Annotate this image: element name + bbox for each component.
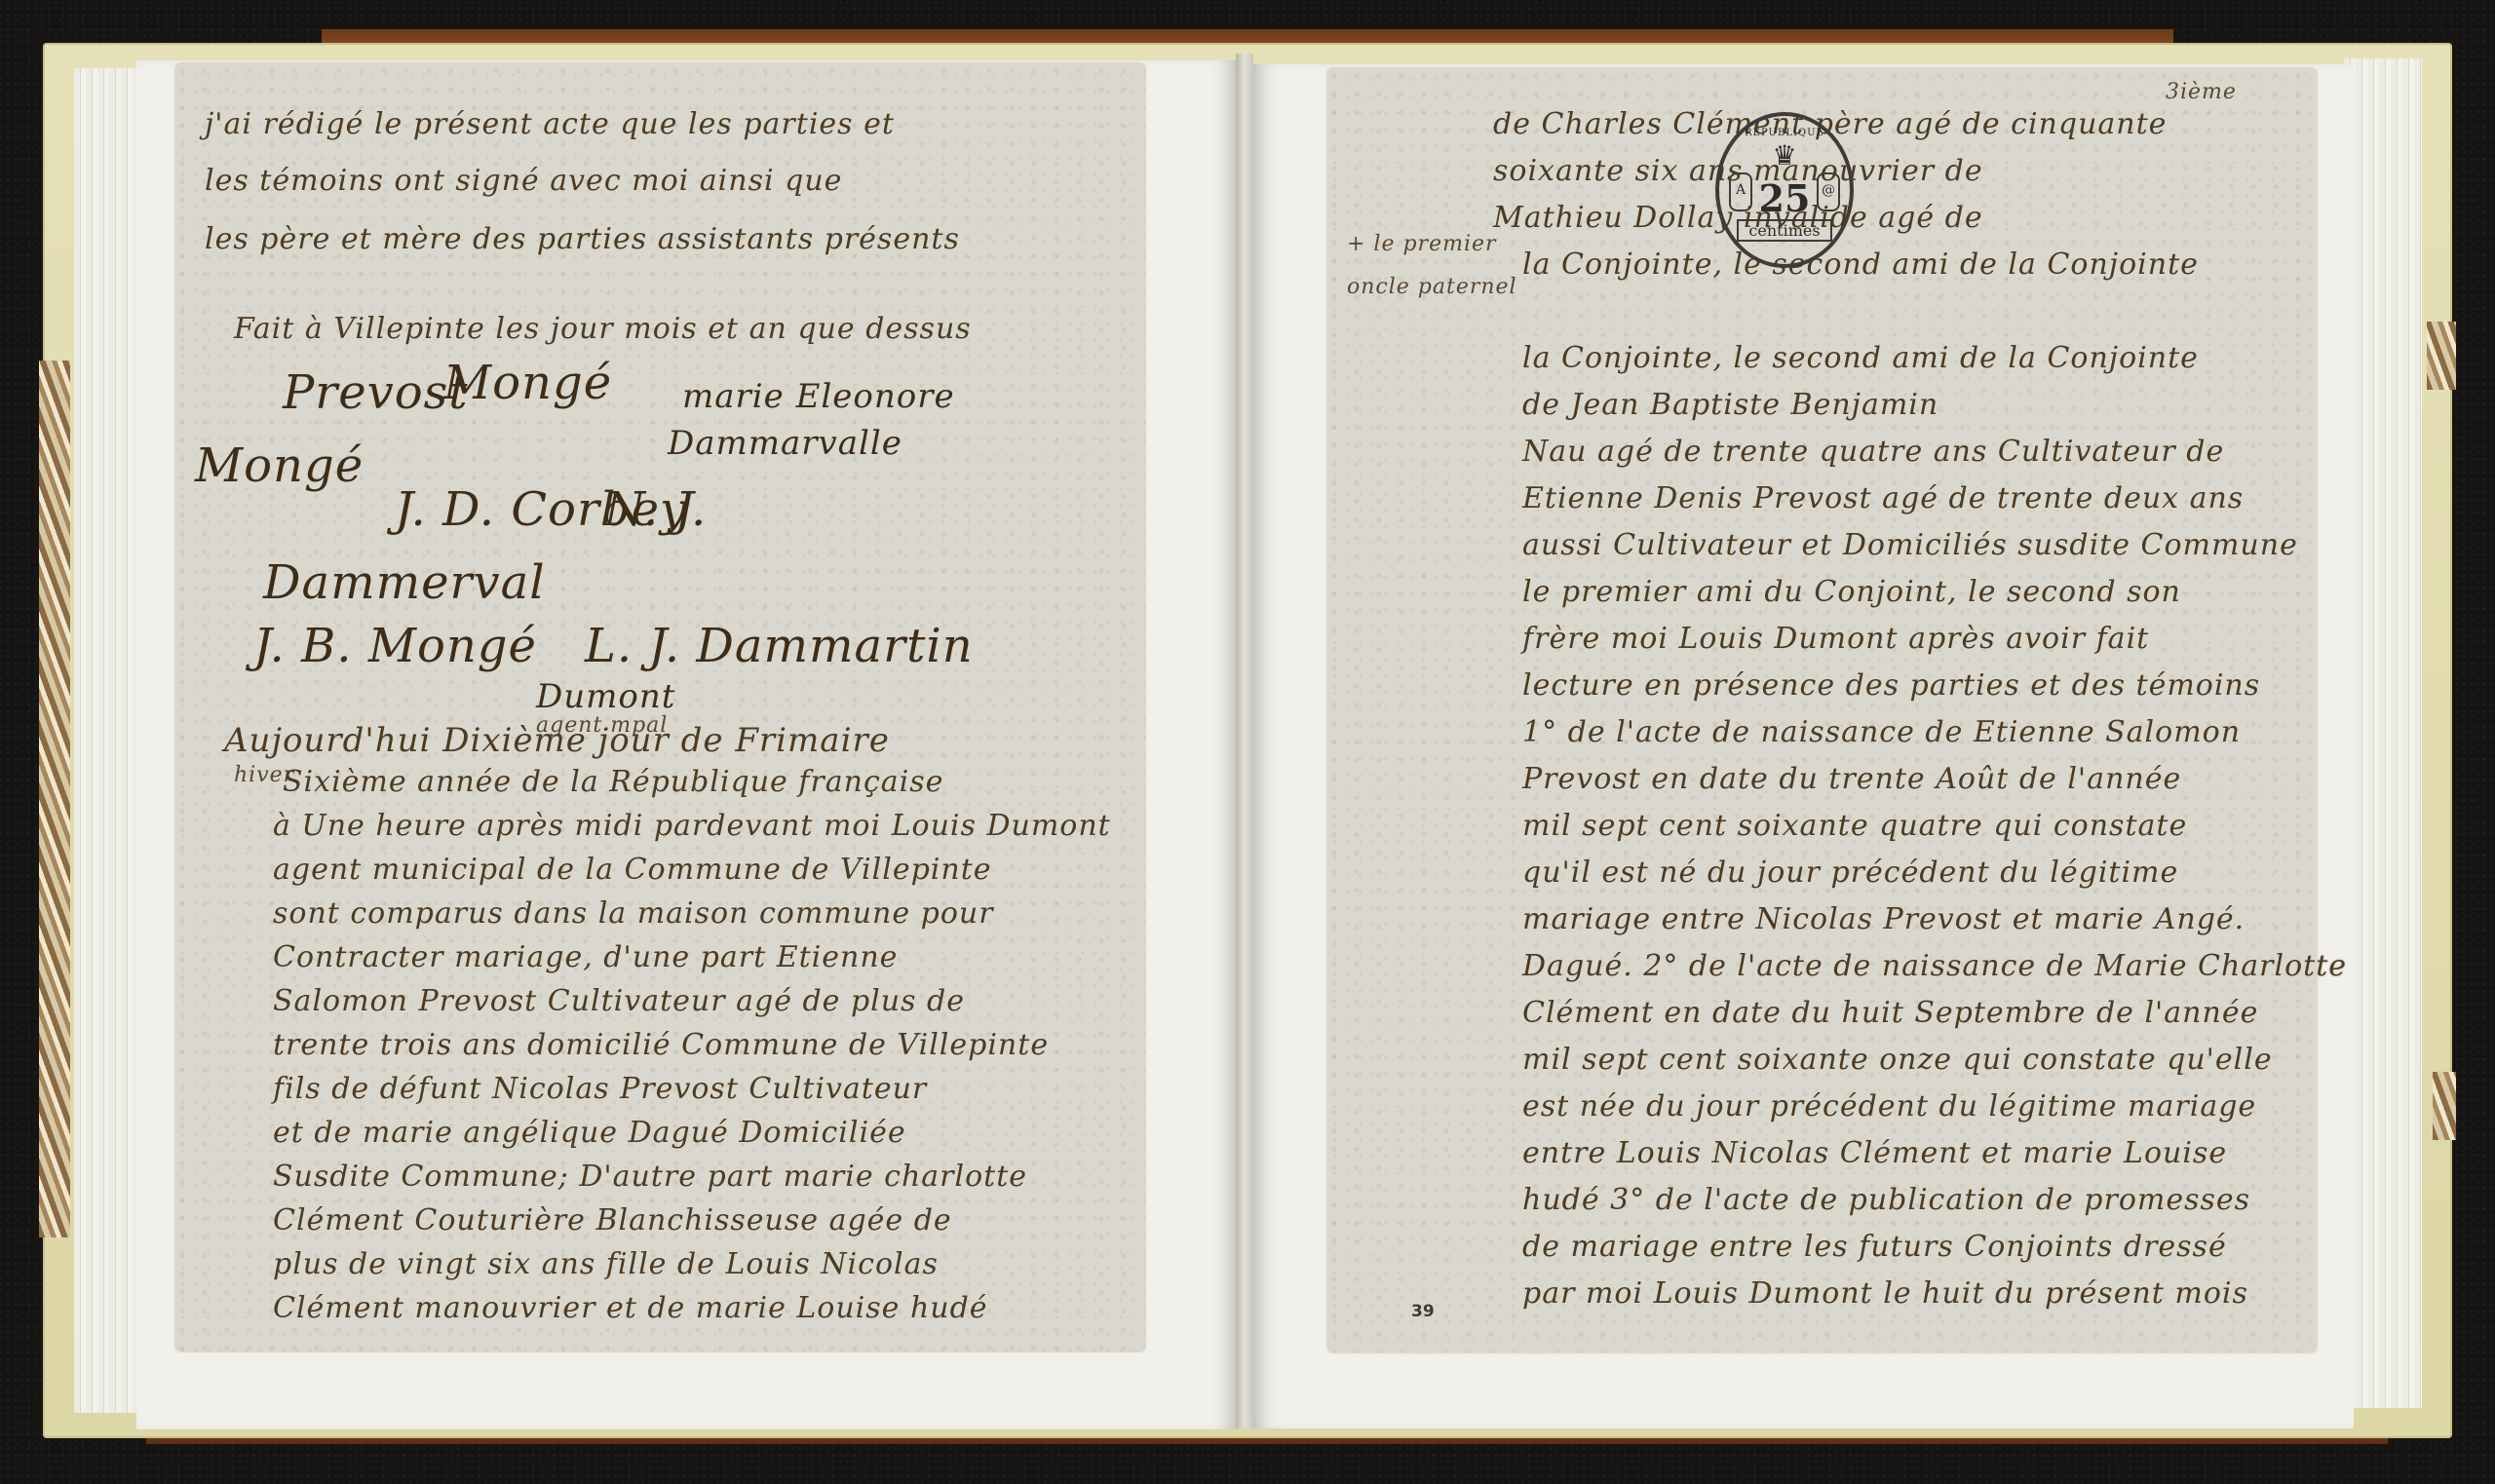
signature: marie Eleonore [682,377,955,416]
text-line: Etienne Denis Prevost agé de trente deux… [1522,481,2244,515]
margin-note: oncle paternel [1347,275,1517,299]
text-line: Contracter mariage, d'une part Etienne [273,940,898,974]
signature: Dumont [536,677,675,716]
text-line: hudé 3° de l'acte de publication de prom… [1522,1183,2250,1217]
text-line: de Jean Baptiste Benjamin [1522,388,1938,422]
signature: Mongé [195,438,364,493]
signature: Dammarvalle [668,424,902,463]
text-line: Clément Couturière Blanchisseuse agée de [273,1203,952,1237]
annotation: 3ième [2166,80,2237,104]
text-line: frère moi Louis Dumont après avoir fait [1522,622,2149,656]
signature: Dammerval [263,555,546,610]
text-line: Prevost en date du trente Août de l'anné… [1522,762,2181,796]
text-line: les père et mère des parties assistants … [205,222,960,256]
signature: N. J. [604,482,707,537]
text-line: les témoins ont signé avec moi ainsi que [205,164,842,198]
text-line: trente trois ans domicilié Commune de Vi… [273,1028,1049,1062]
text-line: Dagué. 2° de l'acte de naissance de Mari… [1522,949,2347,983]
manuscript-left: j'ai rédigé le présent acte que les part… [175,63,1145,1351]
page-stack-left [74,68,142,1413]
tax-stamp: REPUBLIQUE ♛ A @ 25 centimes [1715,112,1854,268]
text-line: j'ai rédigé le présent acte que les part… [205,107,895,141]
text-line: et de marie angélique Dagué Domiciliée [273,1116,906,1150]
stamp-banner: REPUBLIQUE [1719,128,1850,138]
signature: L. J. Dammartin [585,619,974,673]
text-line: aussi Cultivateur et Domiciliés susdite … [1522,528,2298,562]
signature: Prevost [283,365,469,420]
text-line: Nau agé de trente quatre ans Cultivateur… [1522,435,2224,469]
page-number: 39 [1411,1302,1435,1321]
text-line: qu'il est né du jour précédent du légiti… [1522,856,2178,890]
text-line: entre Louis Nicolas Clément et marie Lou… [1522,1136,2227,1170]
text-line: Clément manouvrier et de marie Louise hu… [273,1291,988,1325]
text-line: 1° de l'acte de naissance de Etienne Sal… [1522,715,2241,749]
text-line: agent municipal de la Commune de Villepi… [273,853,992,887]
text-line: Susdite Commune; D'autre part marie char… [273,1160,1027,1194]
marbled-endpaper-left [39,361,70,1237]
page-stack-right [2344,58,2422,1408]
margin-note: + le premier [1347,232,1497,256]
book-gutter [1236,54,1253,1427]
text-line: mil sept cent soixante onze qui constate… [1522,1043,2273,1077]
text-line: le premier ami du Conjoint, le second so… [1522,575,2181,609]
text-line: fils de défunt Nicolas Prevost Cultivate… [273,1072,927,1106]
text-line: Fait à Villepinte les jour mois et an qu… [234,312,972,346]
text-line: Salomon Prevost Cultivateur agé de plus … [273,984,965,1018]
text-line: lecture en présence des parties et des t… [1522,668,2260,703]
signature: J. B. Mongé [253,619,537,673]
text-line: sont comparus dans la maison commune pou… [273,896,994,931]
text-line: Sixième année de la République française [283,765,943,799]
text-line: mariage entre Nicolas Prevost et marie A… [1522,902,2245,936]
text-line: mil sept cent soixante quatre qui consta… [1522,809,2187,843]
text-line: la Conjointe, le second ami de la Conjoi… [1522,341,2199,375]
text-line: à Une heure après midi pardevant moi Lou… [273,809,1111,843]
text-line: la Conjointe, le second ami de la Conjoi… [1522,247,2199,282]
text-line: de mariage entre les futurs Conjoints dr… [1522,1230,2227,1264]
text-line: Aujourd'hui Dixième jour de Frimaire [224,721,890,760]
stamp-value: 25 [1719,176,1850,220]
text-line: Clément en date du huit Septembre de l'a… [1522,996,2258,1030]
manuscript-right: 3ième + le premier oncle paternel de Cha… [1327,68,2317,1352]
marbled-endpaper-right-bottom [2433,1072,2456,1140]
marbled-endpaper-right-top [2427,322,2456,390]
text-line: est née du jour précédent du légitime ma… [1522,1089,2256,1123]
stamp-unit: centimes [1737,219,1832,242]
text-line: par moi Louis Dumont le huit du présent … [1522,1276,2248,1311]
eagle-icon: ♛ [1719,139,1850,171]
signature: Mongé [443,356,612,410]
text-line: plus de vingt six ans fille de Louis Nic… [273,1247,939,1281]
